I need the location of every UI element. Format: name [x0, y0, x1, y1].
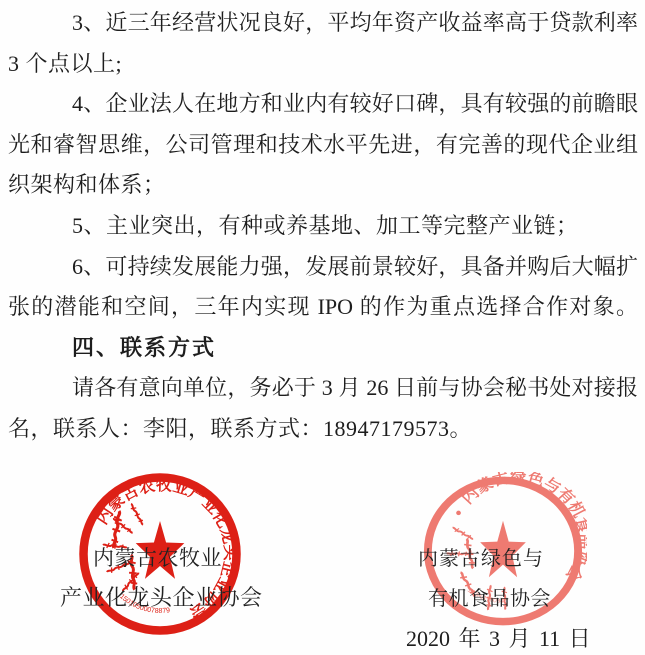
body-line: 3 个点以上; [8, 44, 638, 85]
document-date: 2020 年 3 月 11 日 [406, 622, 591, 653]
document-body: 3、近三年经营状况良好，平均年资产收益率高于贷款利率 3 个点以上; 4、企业法… [8, 3, 638, 450]
body-line: 光和睿智思维，公司管理和技术水平先进，有完善的现代企业组 [8, 125, 638, 166]
body-line: 张的潜能和空间，三年内实现 IPO 的作为重点选择合作对象。 [8, 287, 638, 328]
body-line: 4、企业法人在地方和业内有较好口碑，具有较强的前瞻眼 [8, 84, 638, 125]
right-org-name-line2: 有机食品协会 [428, 582, 551, 611]
left-org-name-line2: 产业化龙头企业协会 [60, 581, 263, 612]
right-org-name-line1: 内蒙古绿色与 [418, 542, 544, 571]
ring-start-dot-icon [456, 511, 461, 515]
body-line: 6、可持续发展能力强，发展前景较好，具备并购后大幅扩 [8, 247, 638, 288]
document-page: 3、近三年经营状况良好，平均年资产收益率高于贷款利率 3 个点以上; 4、企业法… [0, 0, 645, 655]
body-line: 请各有意向单位，务必于 3 月 26 日前与协会秘书处对接报 [8, 368, 638, 409]
body-line: 名，联系人：李阳，联系方式：18947179573。 [8, 409, 638, 450]
body-line: 5、主业突出，有种或养基地、加工等完整产业链； [8, 206, 638, 247]
section-heading: 四、联系方式 [8, 328, 638, 369]
body-line: 3、近三年经营状况良好，平均年资产收益率高于贷款利率 [8, 3, 638, 44]
body-line: 织架构和体系； [8, 165, 638, 206]
left-org-name-line1: 内蒙古农牧业 [93, 542, 222, 572]
